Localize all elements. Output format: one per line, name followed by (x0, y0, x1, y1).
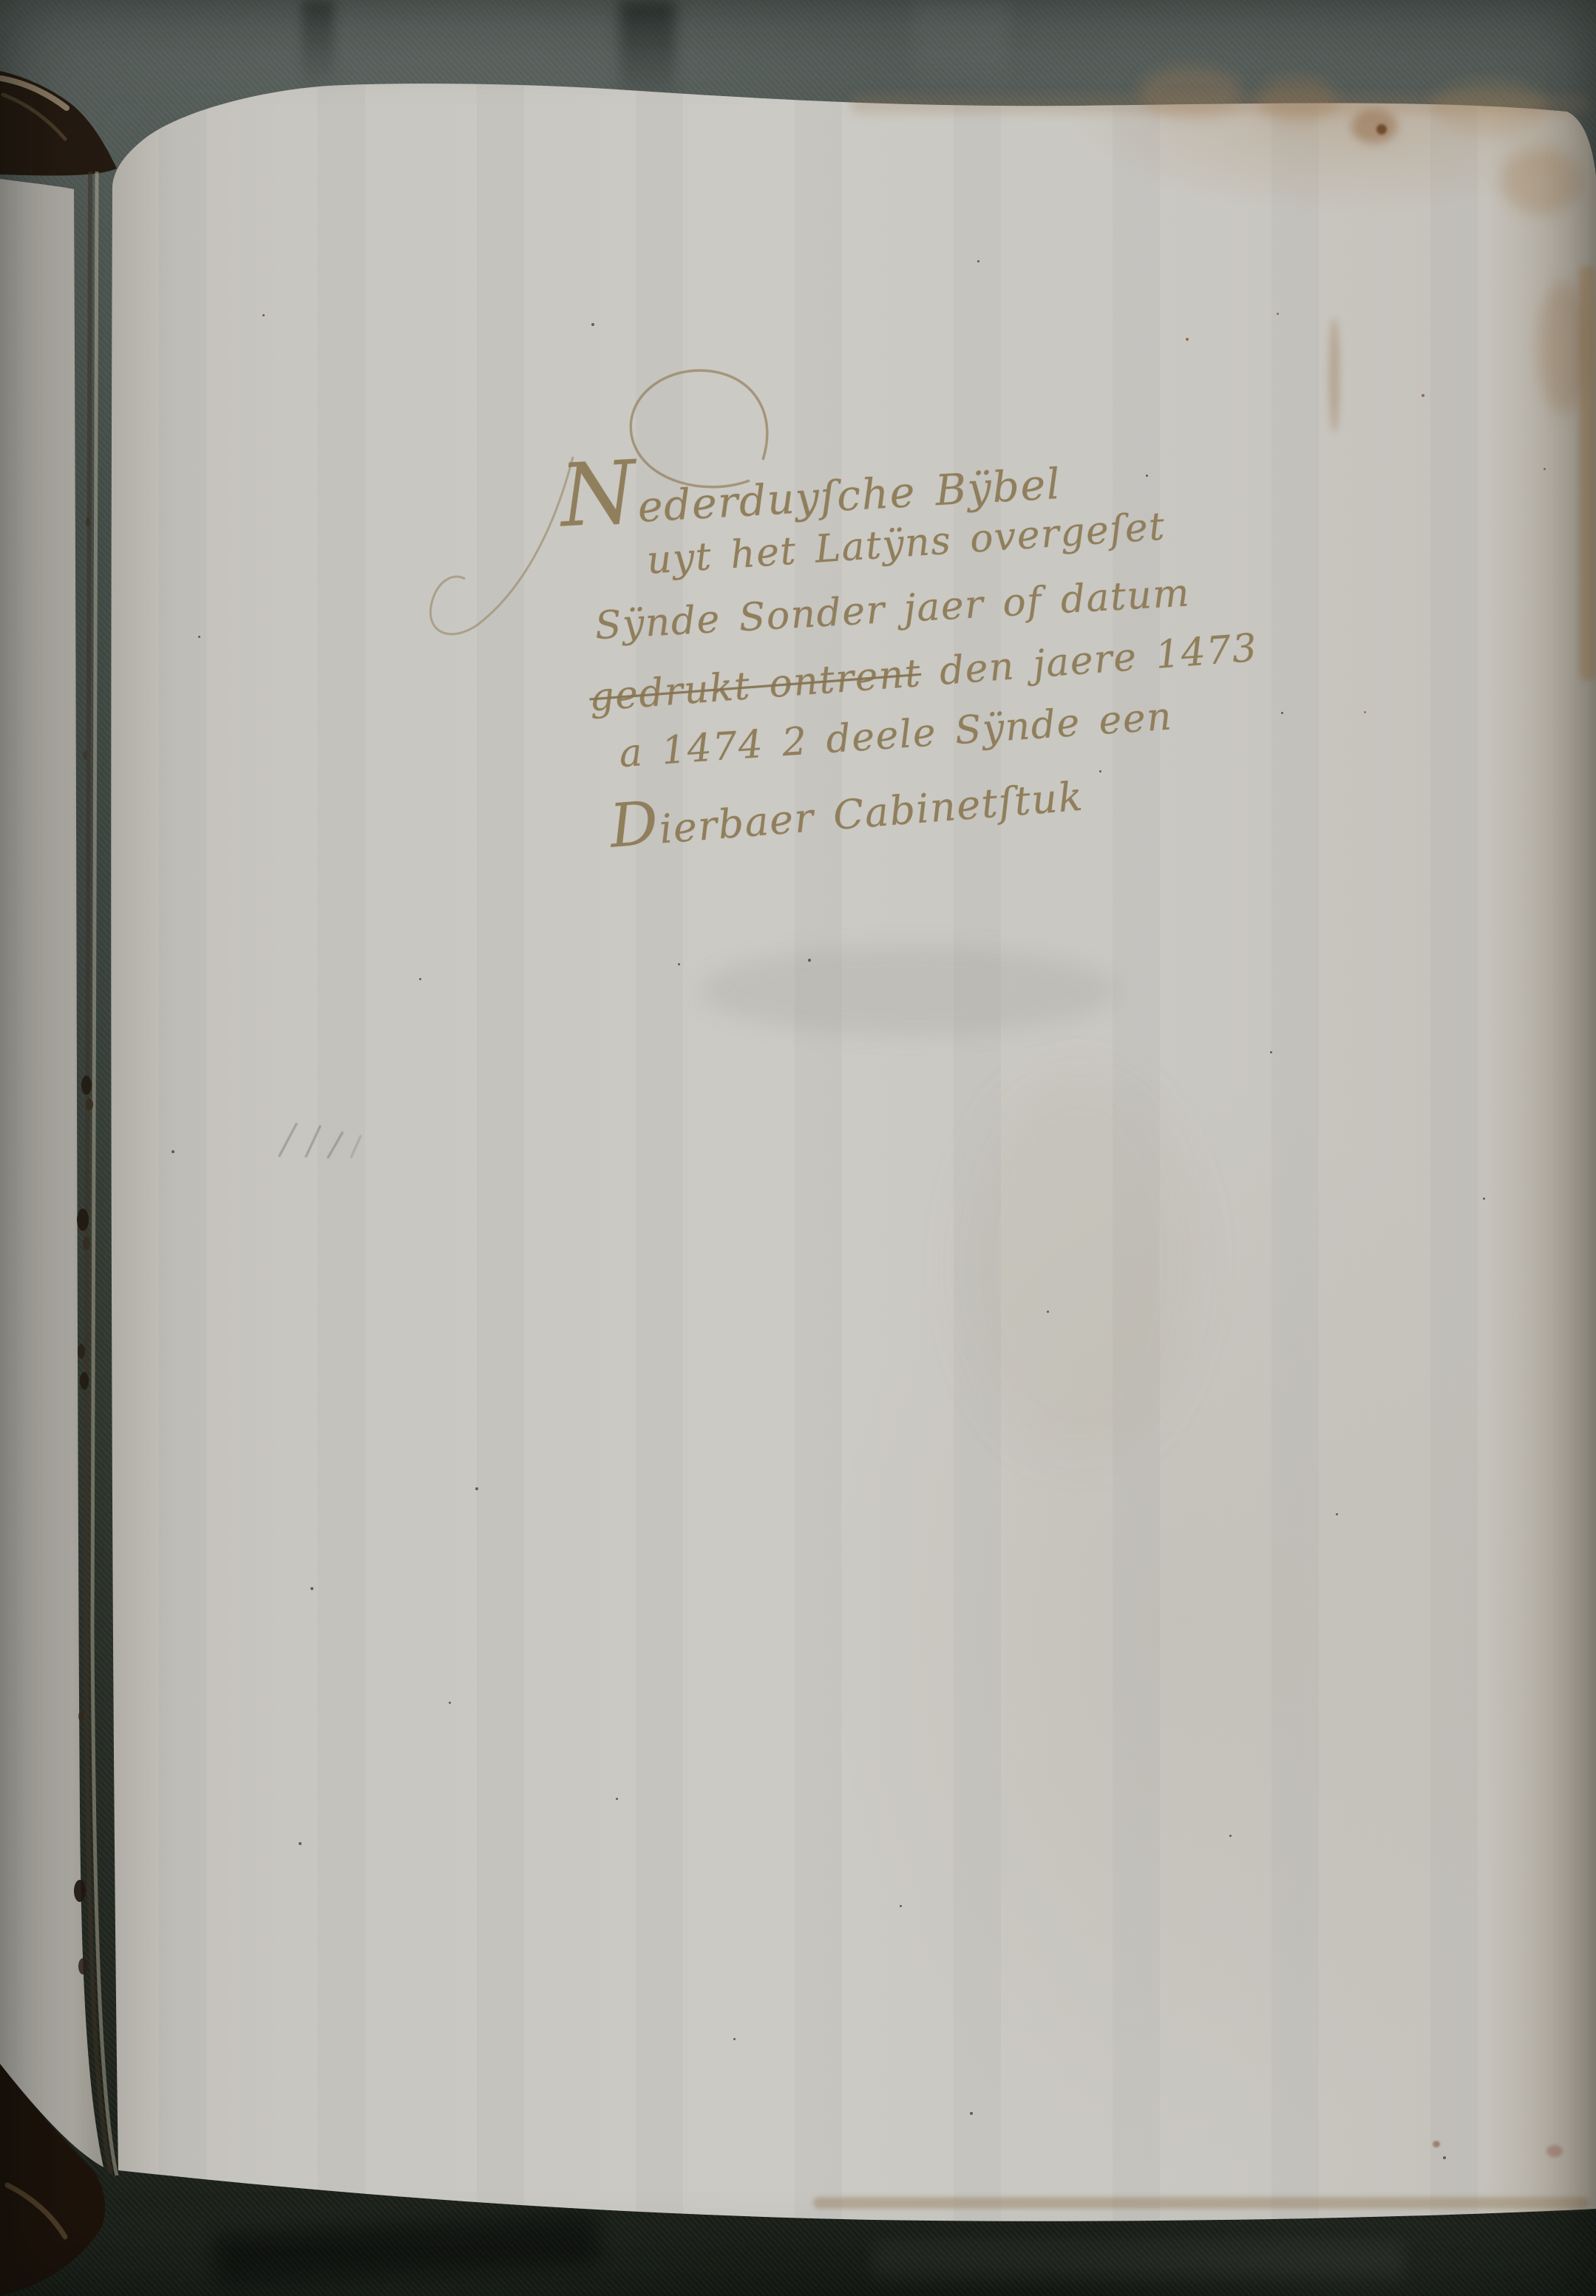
photograph-of-open-book: Nederduyſche Bÿbel uyt het Latÿns overge… (0, 0, 1596, 2296)
struck-out-words: gedrukt ontrent (588, 651, 923, 721)
pen-flourishes (0, 0, 1596, 2296)
inscription-line-4-rest: den jaere 1473 (920, 626, 1260, 696)
handwritten-inscription: Nederduyſche Bÿbel uyt het Latÿns overge… (514, 390, 1285, 889)
